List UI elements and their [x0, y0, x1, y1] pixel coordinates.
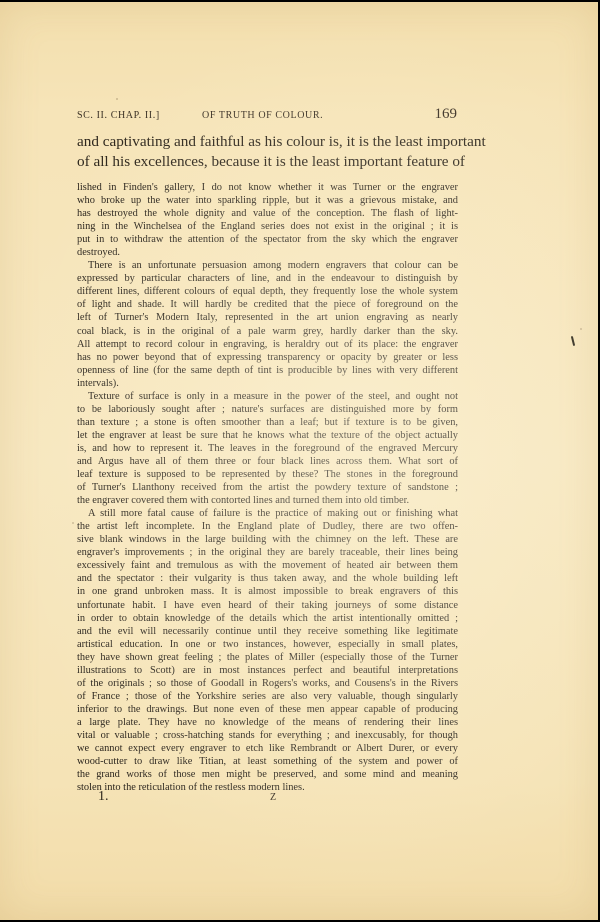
footnote-body-text: lished in Finden's gallery, I do not kno… [77, 181, 458, 794]
body-text-line: There is an unfortunate persuasion among… [77, 259, 458, 272]
body-text-line: artistical education. In one or two inst… [77, 638, 458, 651]
body-text-line: they have shown great feeling ; the plat… [77, 651, 458, 664]
body-text-line: ning in the Winchelsea of the England se… [77, 220, 458, 233]
paper-spot [580, 328, 582, 330]
body-text-line: destroyed. [77, 246, 458, 259]
body-text-line: stolen into the reticulation of the rest… [77, 781, 458, 794]
ink-speck [571, 336, 575, 346]
body-text-line: wood-cutter to draw like Titian, at leas… [77, 755, 458, 768]
body-text-line: different lines, different colours of eq… [77, 285, 458, 298]
body-text-line: expressed by particular characters of li… [77, 272, 458, 285]
page-number: 169 [435, 106, 458, 123]
body-text-line: of the originals ; so those of Goodall i… [77, 677, 458, 690]
body-text-line: vital or valuable ; cross-hatching stand… [77, 729, 458, 742]
body-text-line: openness of line (for the same depth of … [77, 364, 458, 377]
running-head: SC. II. CHAP. II.] OF TRUTH OF COLOUR. 1… [77, 107, 457, 123]
section-chapter-label: SC. II. CHAP. II.] [77, 110, 160, 121]
body-text-line: and the evil will necessarily continue u… [77, 625, 458, 638]
body-text-line: Texture of surface is only in a measure … [77, 390, 458, 403]
body-text-line: and the spectator : their vulgarity is t… [77, 572, 458, 585]
body-text-line: leaf texture is supposed to be represent… [77, 468, 458, 481]
body-text-line: we cannot expect every engraver to etch … [77, 742, 458, 755]
body-text-line: inferior to the drawings. But none even … [77, 703, 458, 716]
body-text-line: the artist left incomplete. In the Engla… [77, 520, 458, 533]
body-text-line: in one grand unbroken mass. It is almost… [77, 585, 458, 598]
body-text-line: has destroyed the whole dignity and valu… [77, 207, 458, 220]
body-text-line: is, and how to represent it. The leaves … [77, 442, 458, 455]
body-text-line: intervals). [77, 377, 458, 390]
volume-mark: 1. [98, 789, 109, 805]
body-text-line: excessively faint and tremulous as with … [77, 559, 458, 572]
body-text-line: of France ; those of the Yorkshire serie… [77, 690, 458, 703]
body-text-line: put in to withdraw the attention of the … [77, 233, 458, 246]
body-text-line: and Argus have all of them three or four… [77, 455, 458, 468]
body-text-line: than texture ; a stone is often smoother… [77, 416, 458, 429]
body-text-line: left of Turner's Modern Italy, represent… [77, 311, 458, 324]
running-title: OF TRUTH OF COLOUR. [202, 110, 323, 121]
body-text-line: All attempt to record colour in engravin… [77, 338, 458, 351]
body-text-line: the grand works of those men might be pr… [77, 768, 458, 781]
body-text-line: to be laboriously sought after ; nature'… [77, 403, 458, 416]
signature-mark: Z [270, 792, 276, 803]
body-text-line: in order to obtain knowledge of the deta… [77, 612, 458, 625]
paper-spot [116, 98, 118, 100]
body-text-line: lished in Finden's gallery, I do not kno… [77, 181, 458, 194]
body-text-line: engraver's improvements ; in the origina… [77, 546, 458, 559]
body-text-line: coal black, is in the original of a pale… [77, 325, 458, 338]
main-text-line: and captivating and faithful as his colo… [77, 132, 458, 152]
body-text-line: unfortunate habit. I have even heard of … [77, 599, 458, 612]
body-text-line: illustrations to Scott) are in most inst… [77, 664, 458, 677]
body-text-line: of Turner's Llanthony received from the … [77, 481, 458, 494]
body-text-line: the engraver covered them with contorted… [77, 494, 458, 507]
body-text-line: a large plate. They have no knowledge of… [77, 716, 458, 729]
body-text-line: sive blank windows in the large building… [77, 533, 458, 546]
main-text-line: of all his excellences, because it is th… [77, 152, 458, 172]
body-text-line: has no power beyond that of expressing t… [77, 351, 458, 364]
main-text-continuation: and captivating and faithful as his colo… [77, 132, 458, 172]
body-text-line: of light and shade. It will hardly be cr… [77, 298, 458, 311]
body-text-line: let the engraver at least be sure that h… [77, 429, 458, 442]
book-page: SC. II. CHAP. II.] OF TRUTH OF COLOUR. 1… [0, 2, 598, 920]
paper-spot [72, 522, 74, 524]
body-text-line: who broke up the water into sparkling ri… [77, 194, 458, 207]
body-text-line: A still more fatal cause of failure is t… [77, 507, 458, 520]
